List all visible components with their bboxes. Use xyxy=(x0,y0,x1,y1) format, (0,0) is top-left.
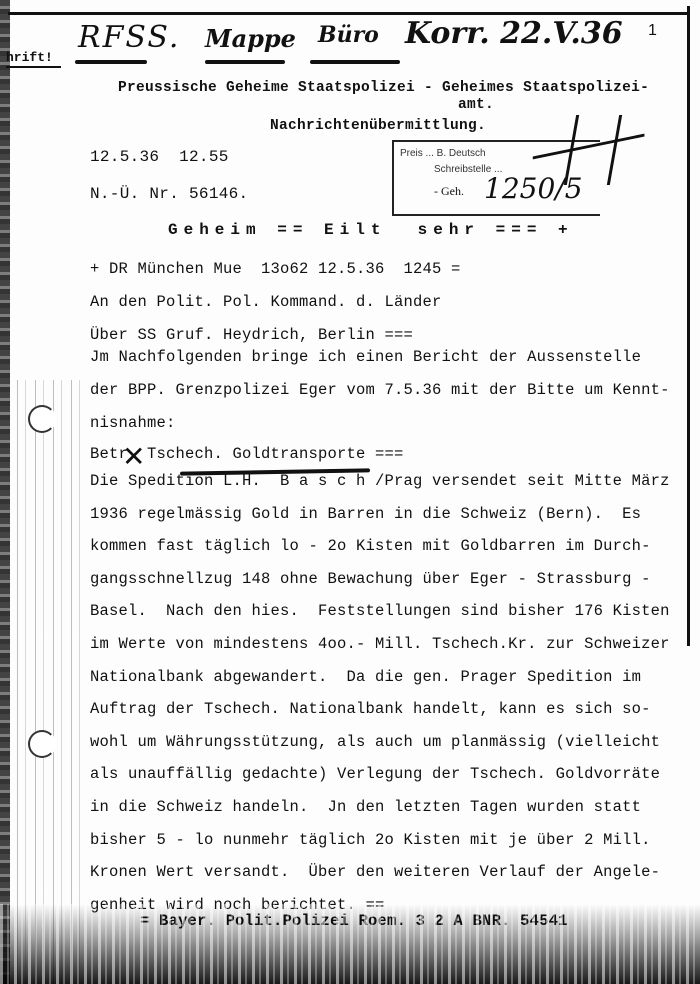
body-line: kommen fast täglich lo - 2o Kisten mit G… xyxy=(90,537,651,555)
margin-fragment: hrift! xyxy=(6,50,53,65)
date-time: 12.5.36 12.55 xyxy=(90,148,229,166)
handwriting-underline xyxy=(310,60,400,64)
intro-line: nisnahme: xyxy=(90,414,176,432)
body-line: bisher 5 - lo nunmehr täglich 2o Kisten … xyxy=(90,831,651,849)
routing-line: + DR München Mue 13o62 12.5.36 1245 = xyxy=(90,260,461,278)
punch-hole-icon xyxy=(28,730,56,758)
subject-line: Betr. Tschech. Goldtransporte === xyxy=(90,445,404,463)
body-line: in die Schweiz handeln. Jn den letzten T… xyxy=(90,798,641,816)
handwritten-mappe: Mappe xyxy=(205,24,296,53)
intro-line: der BPP. Grenzpolizei Eger vom 7.5.36 mi… xyxy=(90,381,670,399)
initials-scribble-icon xyxy=(564,115,622,185)
classification: Geheim == Eilt sehr === + xyxy=(168,221,574,239)
body-line: Die Spedition L.H. B a s c h /Prag verse… xyxy=(90,472,670,490)
body-line: Basel. Nach den hies. Feststellungen sin… xyxy=(90,602,670,620)
handwriting-underline xyxy=(75,60,147,64)
body-line: im Werte von mindestens 4oo.- Mill. Tsch… xyxy=(90,635,670,653)
top-frame-rule xyxy=(8,12,690,15)
handwritten-buero: Büro xyxy=(318,22,379,48)
margin-underline xyxy=(6,66,61,68)
right-frame-rule xyxy=(687,6,690,646)
page-number: 1 xyxy=(648,22,657,40)
scan-margin-noise xyxy=(8,380,88,984)
agency-title: Preussische Geheime Staatspolizei - Gehe… xyxy=(118,80,649,96)
department-subtitle: Nachrichtenübermittlung. xyxy=(270,118,486,134)
via-line: Über SS Gruf. Heydrich, Berlin === xyxy=(90,326,413,344)
body-line: wohl um Währungsstützung, als auch um pl… xyxy=(90,733,660,751)
scan-bottom-degradation xyxy=(0,904,700,984)
intro-line: Jm Nachfolgenden bringe ich einen Berich… xyxy=(90,348,641,366)
body-line: gangsschnellzug 148 ohne Bewachung über … xyxy=(90,570,651,588)
handwriting-underline xyxy=(205,60,285,64)
body-line: Nationalbank abgewandert. Da die gen. Pr… xyxy=(90,668,641,686)
document-page: hrift! RFSS. Mappe Büro Korr. 22.V.36 1 … xyxy=(0,0,700,984)
recipient-line: An den Polit. Pol. Kommand. d. Länder xyxy=(90,293,442,311)
body-line: Auftrag der Tschech. Nationalbank handel… xyxy=(90,700,651,718)
body-line: Kronen Wert versandt. Über den weiteren … xyxy=(90,863,660,881)
nu-number: N.-Ü. Nr. 56146. xyxy=(90,185,248,203)
handwritten-date: Korr. 22.V.36 xyxy=(405,16,623,51)
agency-title-continuation: amt. xyxy=(458,97,494,113)
stamp-line-1: Preis ... B. Deutsch xyxy=(400,148,486,159)
stamp-line-3: - Geh. xyxy=(434,184,464,199)
body-line: als unauffällig gedachte) Verlegung der … xyxy=(90,765,660,783)
body-line: 1936 regelmässig Gold in Barren in die S… xyxy=(90,505,641,523)
handwritten-rfss: RFSS. xyxy=(78,20,180,55)
punch-hole-icon xyxy=(28,405,56,433)
